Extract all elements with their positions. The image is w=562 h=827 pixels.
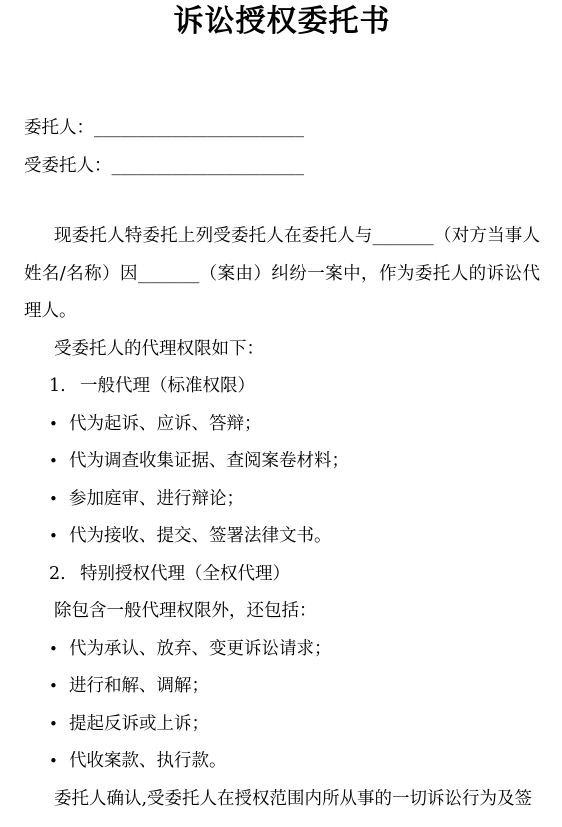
agent-label: 受委托人： bbox=[24, 156, 112, 176]
section-1-title: 一般代理（标准权限） bbox=[80, 376, 255, 396]
list-item-general-4: •代为接收、提交、签署法律文书。 bbox=[24, 518, 540, 556]
authority-heading: 受委托人的代理权限如下： bbox=[24, 331, 540, 369]
list-item-general-1: •代为起诉、应诉、答辩； bbox=[24, 406, 540, 444]
agent-blank-line: ______________________ bbox=[112, 156, 305, 176]
principal-label: 委托人： bbox=[24, 118, 94, 138]
section-1-heading: 1.一般代理（标准权限） bbox=[24, 368, 540, 406]
list-item-special-1: •代为承认、放弃、变更诉讼请求； bbox=[24, 631, 540, 669]
closing-paragraph: 委托人确认,受委托人在授权范围内所从事的一切诉讼行为及签 bbox=[24, 781, 540, 819]
bullet-icon: • bbox=[49, 743, 69, 781]
list-item-general-3: •参加庭审、进行辩论； bbox=[24, 481, 540, 519]
bullet-icon: • bbox=[49, 668, 69, 706]
section-2-heading: 2.特别授权代理（全权代理） bbox=[24, 556, 540, 594]
section-2-note: 除包含一般代理权限外，还包括： bbox=[24, 593, 540, 631]
intro-paragraph: 现委托人特委托上列受委托人在委托人与_______（对方当事人姓名/名称）因__… bbox=[24, 218, 540, 331]
list-item-special-3: •提起反诉或上诉； bbox=[24, 706, 540, 744]
section-1-number: 1. bbox=[49, 368, 80, 406]
principal-field-line: 委托人：________________________ bbox=[24, 110, 540, 148]
agent-field-line: 受委托人：______________________ bbox=[24, 148, 540, 186]
list-item-general-2: •代为调查收集证据、查阅案卷材料； bbox=[24, 443, 540, 481]
principal-blank-line: ________________________ bbox=[94, 118, 304, 138]
bullet-icon: • bbox=[49, 443, 69, 481]
list-item-text: 代为调查收集证据、查阅案卷材料； bbox=[69, 451, 349, 471]
list-item-text: 代为接收、提交、签署法律文书。 bbox=[69, 526, 332, 546]
list-item-text: 代为起诉、应诉、答辩； bbox=[69, 414, 262, 434]
document-title: 诉讼授权委托书 bbox=[24, 0, 540, 44]
list-item-special-4: •代收案款、执行款。 bbox=[24, 743, 540, 781]
list-item-text: 进行和解、调解； bbox=[69, 676, 209, 696]
bullet-icon: • bbox=[49, 631, 69, 669]
bullet-icon: • bbox=[49, 518, 69, 556]
title-gap bbox=[24, 44, 540, 110]
list-item-text: 提起反诉或上诉； bbox=[69, 714, 209, 734]
section-2-number: 2. bbox=[49, 556, 80, 594]
fields-gap bbox=[24, 185, 540, 218]
document-page: 诉讼授权委托书 委托人：________________________ 受委托… bbox=[0, 0, 562, 827]
section-2-title: 特别授权代理（全权代理） bbox=[80, 564, 290, 584]
list-item-special-2: •进行和解、调解； bbox=[24, 668, 540, 706]
bullet-icon: • bbox=[49, 706, 69, 744]
list-item-text: 代为承认、放弃、变更诉讼请求； bbox=[69, 639, 332, 659]
bullet-icon: • bbox=[49, 481, 69, 519]
list-item-text: 代收案款、执行款。 bbox=[69, 751, 227, 771]
bullet-icon: • bbox=[49, 406, 69, 444]
list-item-text: 参加庭审、进行辩论； bbox=[69, 489, 244, 509]
